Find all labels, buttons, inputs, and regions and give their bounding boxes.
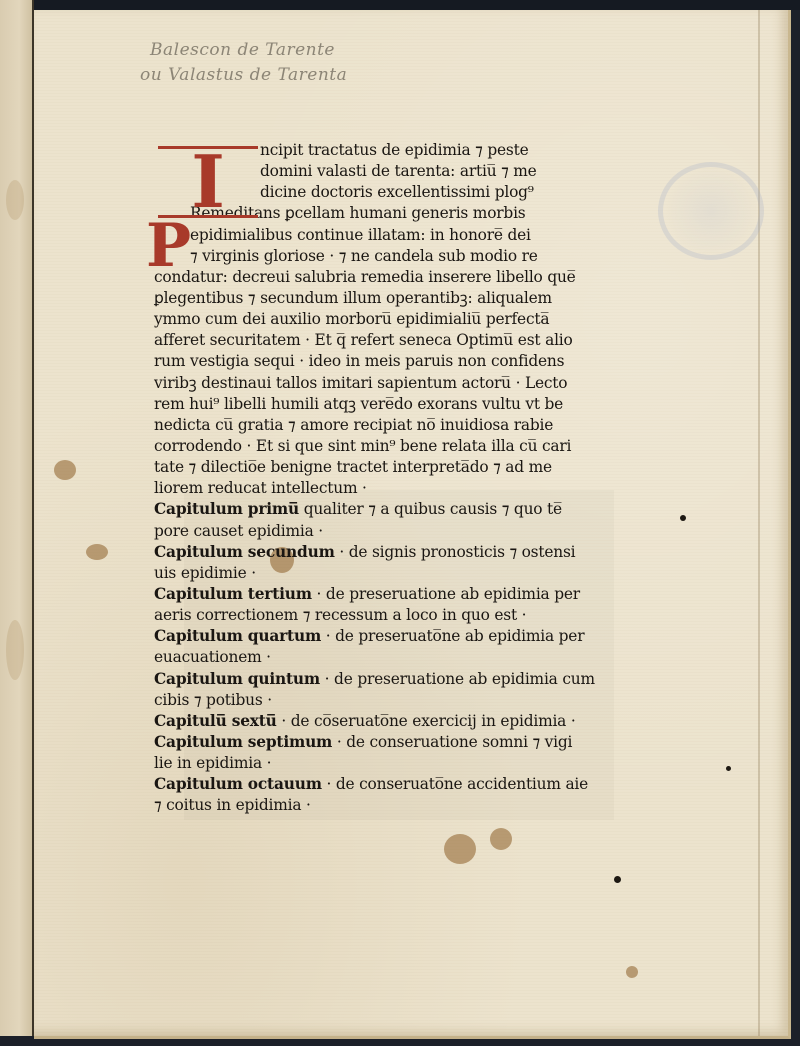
prologue-line: corrodendo · Et si que sint min⁹ bene re… (154, 436, 614, 457)
chapter-head: Capitulum primu̅ (154, 500, 299, 518)
scan-background-top (30, 0, 800, 10)
chapter-head: Capitulum quintum (154, 670, 320, 688)
chapter-head: Capitulum quartum (154, 627, 321, 645)
chapter-3: Capitulum tertium · de preseruatione ab … (154, 584, 614, 605)
prologue-line: ꝑlegentibus ⁊ secundum illum operantibꝫ:… (154, 288, 614, 309)
chapter-list: Capitulum primu̅ qualiter ⁊ a quibus cau… (154, 499, 614, 816)
printed-text-block: I P ncipit tractatus de epidimia ⁊ peste… (154, 140, 614, 817)
ink-spot (614, 876, 621, 883)
prologue-line: rum vestigia sequi · ideo in meis paruis… (154, 351, 614, 372)
prologue-line: afferet securitatem · Et q̅ refert senec… (154, 330, 614, 351)
chapter-title: · de co̅seruato̅ne exercicij in epidimia… (277, 712, 576, 730)
prologue: Remeditans ꝑcellam humani generis morbis… (154, 203, 614, 499)
chapter-head: Capitulum tertium (154, 585, 312, 603)
annotation-line-1: Balescon de Tarente (150, 38, 347, 63)
chapter-6: Capitulu̅ sextu̅ · de co̅seruato̅ne exer… (154, 711, 614, 732)
chapter-head: Capitulum octauum (154, 775, 322, 793)
ink-spot (680, 515, 686, 521)
chapter-title: · de preseruatione ab epidimia cum (320, 670, 595, 688)
chapter-5: Capitulum quintum · de preseruatione ab … (154, 669, 614, 690)
chapter-head: Capitulum secundum (154, 543, 335, 561)
library-stamp-faded (658, 162, 764, 260)
ink-spot (726, 766, 731, 771)
stain (444, 834, 476, 864)
rubricated-initial-i: I (158, 146, 258, 218)
chapter-title: · de signis pronosticis ⁊ ostensi (335, 543, 576, 561)
prologue-line: ⁊ virginis gloriose · ⁊ ne candela sub m… (154, 246, 614, 267)
prologue-line: viribꝫ destinaui tallos imitari sapientu… (154, 373, 614, 394)
chapter-5-cont: cibis ⁊ potibus · (154, 690, 614, 711)
rubricated-initial-p: P (146, 216, 192, 280)
chapter-7: Capitulum septimum · de conseruatione so… (154, 732, 614, 753)
prologue-line: epidimialibus continue illatam: in honor… (154, 225, 614, 246)
chapter-title: qualiter ⁊ a quibus causis ⁊ quo te̅ (299, 500, 562, 518)
chapter-3-cont: aeris correctionem ⁊ recessum a loco in … (154, 605, 614, 626)
chapter-8-cont: ⁊ coitus in epidimia · (154, 795, 614, 816)
prologue-line: liorem reducat intellectum · (154, 478, 614, 499)
manuscript-page: Balescon de Tarente ou Valastus de Taren… (34, 10, 791, 1039)
chapter-8: Capitulum octauum · de conseruato̅ne acc… (154, 774, 614, 795)
chapter-head: Capitulu̅ sextu̅ (154, 712, 277, 730)
stain (626, 966, 638, 978)
stain (490, 828, 512, 850)
chapter-2: Capitulum secundum · de signis pronostic… (154, 542, 614, 563)
pencil-annotation: Balescon de Tarente ou Valastus de Taren… (150, 38, 347, 88)
facing-page-edge (0, 0, 34, 1036)
prologue-line: ymmo cum dei auxilio morboru̅ epidimiali… (154, 309, 614, 330)
chapter-title: · de conseruato̅ne accidentium aie (322, 775, 588, 793)
chapter-head: Capitulum septimum (154, 733, 332, 751)
page-fold-line (758, 10, 760, 1036)
prologue-line: condatur: decreui salubria remedia inser… (154, 267, 614, 288)
chapter-4-cont: euacuationem · (154, 647, 614, 668)
prologue-line: rem hui⁹ libelli humili atqꝫ vere̅do exo… (154, 394, 614, 415)
chapter-1: Capitulum primu̅ qualiter ⁊ a quibus cau… (154, 499, 614, 520)
annotation-line-2: ou Valastus de Tarenta (140, 63, 347, 88)
chapter-2-cont: uis epidimie · (154, 563, 614, 584)
chapter-title: · de preseruato̅ne ab epidimia per (321, 627, 584, 645)
foxing-stain (6, 180, 24, 220)
prologue-line: tate ⁊ dilectio̅e benigne tractet interp… (154, 457, 614, 478)
chapter-title: · de preseruatione ab epidimia per (312, 585, 580, 603)
chapter-7-cont: lie in epidimia · (154, 753, 614, 774)
chapter-1-cont: pore causet epidimia · (154, 521, 614, 542)
prologue-line: nedicta cu̅ gratia ⁊ amore recipiat no̅ … (154, 415, 614, 436)
chapter-4: Capitulum quartum · de preseruato̅ne ab … (154, 626, 614, 647)
chapter-title: · de conseruatione somni ⁊ vigi (332, 733, 572, 751)
stain (54, 460, 76, 480)
stain (86, 544, 108, 560)
foxing-stain (6, 620, 24, 680)
